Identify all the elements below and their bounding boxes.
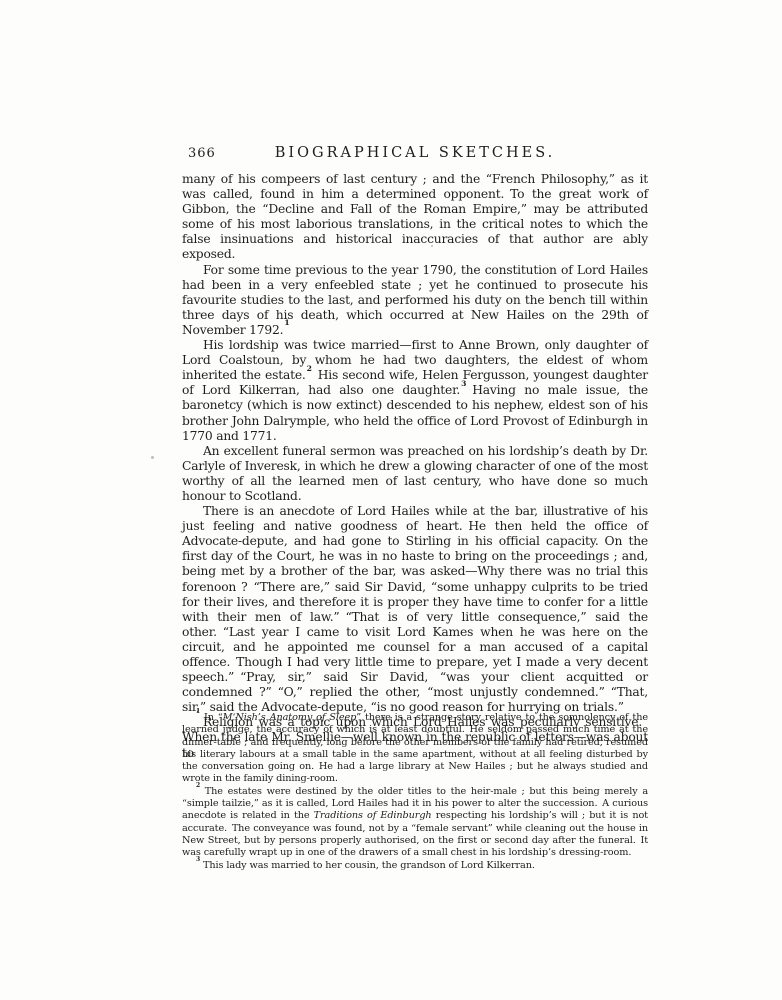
- body-text: many of his compeers of last century ; a…: [182, 172, 648, 761]
- footnote-marker: 3: [461, 379, 466, 388]
- body-paragraph: His lordship was twice married—first to …: [182, 338, 648, 444]
- page-number: 366: [188, 146, 216, 161]
- footnote: 2 The estates were destined by the older…: [182, 786, 648, 860]
- footnote: 3 This lady was married to her cousin, t…: [182, 860, 648, 872]
- page-header: 366 BIOGRAPHICAL SKETCHES.: [182, 145, 648, 163]
- footnote-marker: 1: [284, 318, 289, 327]
- scan-speck: [431, 245, 433, 247]
- text-run: For some time previous to the year 1790,…: [182, 263, 648, 337]
- book-page: 366 BIOGRAPHICAL SKETCHES. many of his c…: [0, 0, 782, 1000]
- footnote-marker: 1: [196, 708, 200, 715]
- footnote-marker: 3: [196, 856, 200, 863]
- text-run: There is an anecdote of Lord Hailes whil…: [182, 504, 648, 714]
- text-run: An excellent funeral sermon was preached…: [182, 444, 648, 503]
- text-run: many of his compeers of last century ; a…: [182, 172, 648, 261]
- running-title: BIOGRAPHICAL SKETCHES.: [182, 145, 648, 161]
- footnote: 1 In “M‘Nish’s Anatomy of Sleep” there i…: [182, 712, 648, 786]
- italic-title: M‘Nish’s Anatomy of Sleep: [223, 712, 357, 723]
- body-paragraph: There is an anecdote of Lord Hailes whil…: [182, 504, 648, 715]
- text-run: In “: [200, 712, 223, 723]
- body-paragraph: many of his compeers of last century ; a…: [182, 172, 648, 263]
- text-run: This lady was married to her cousin, the…: [200, 860, 535, 871]
- body-paragraph: For some time previous to the year 1790,…: [182, 263, 648, 338]
- italic-title: Traditions of Edinburgh: [314, 810, 432, 821]
- scan-speck: [617, 840, 619, 842]
- scan-speck: [151, 456, 154, 459]
- footnote-marker: 2: [196, 782, 200, 789]
- footnotes: 1 In “M‘Nish’s Anatomy of Sleep” there i…: [182, 712, 648, 872]
- footnote-marker: 2: [307, 364, 312, 373]
- body-paragraph: An excellent funeral sermon was preached…: [182, 444, 648, 504]
